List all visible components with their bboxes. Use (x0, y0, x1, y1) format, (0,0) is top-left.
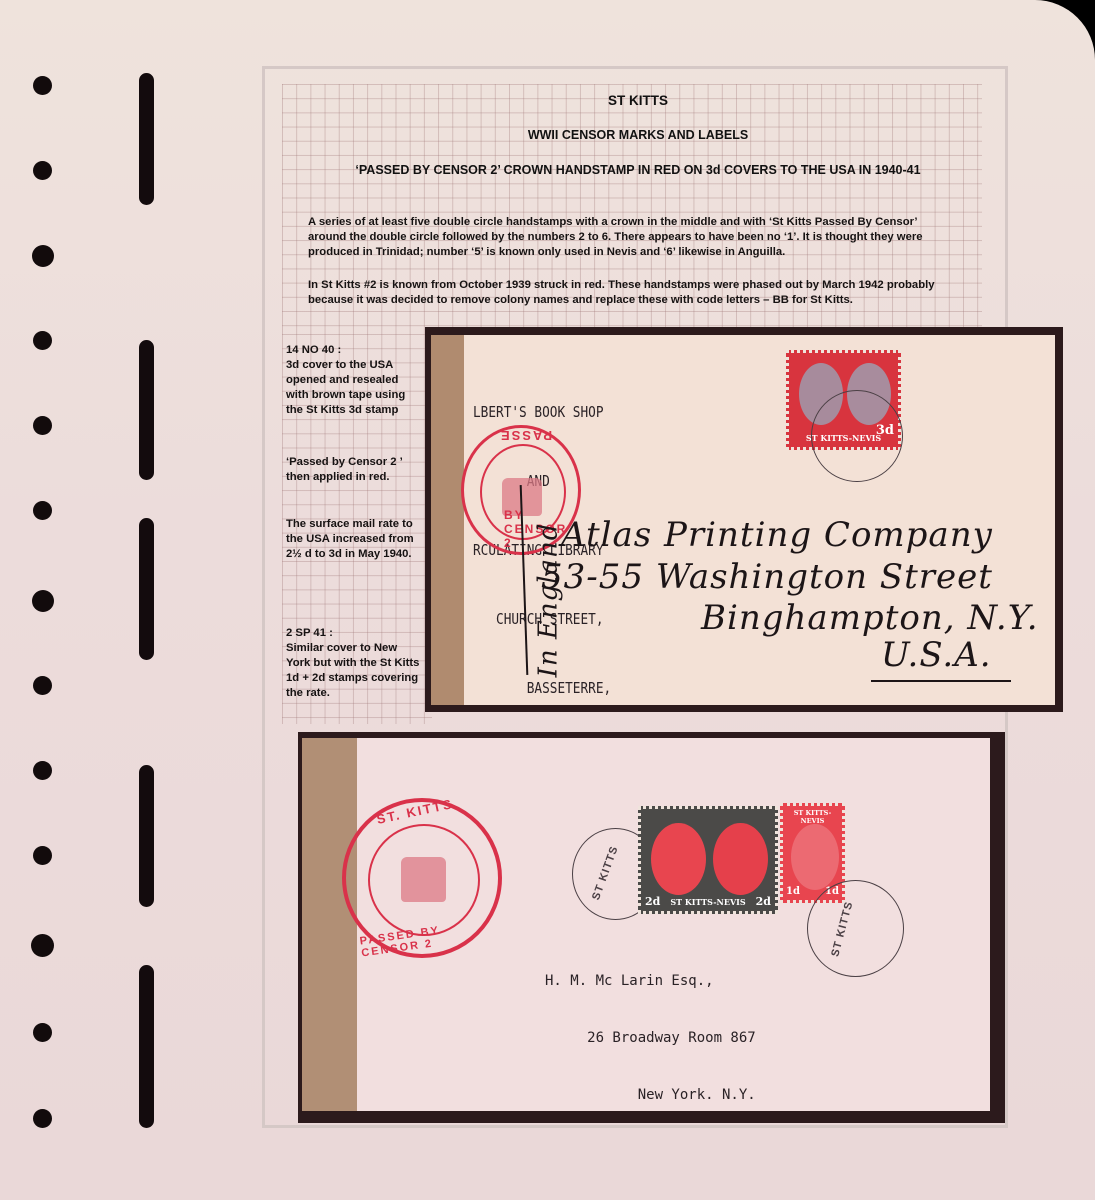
binder-hole (33, 846, 52, 865)
binder-hole (31, 934, 54, 957)
postmark (811, 390, 903, 482)
address-line: U.S.A. (881, 635, 992, 675)
stamp-2d: ST KITTS-NEVIS 2d 2d (638, 806, 778, 914)
note-text: ‘Passed by Censor 2 ’ then applied in re… (286, 455, 421, 485)
binder-slot (139, 73, 154, 205)
censor-tape (431, 335, 464, 705)
binder-slot (139, 340, 154, 480)
binder-hole (33, 501, 52, 520)
page-watermark (108, 515, 132, 735)
side-note-cover1: 14 NO 40 : 3d cover to the USA opened an… (286, 343, 421, 418)
side-note-rate: The surface mail rate to the USA increas… (286, 517, 421, 562)
page-heading: ‘PASSED BY CENSOR 2’ CROWN HANDSTAMP IN … (282, 163, 994, 177)
binder-hole (32, 590, 54, 612)
postmark: ST KITTS (807, 880, 904, 977)
binder-hole (33, 161, 52, 180)
album-page: ST KITTS WWII CENSOR MARKS AND LABELS ‘P… (0, 0, 1095, 1200)
page-subtitle: WWII CENSOR MARKS AND LABELS (282, 128, 994, 142)
cover-2: ST. KITTS PASSED BY CENSOR 2 ST KITTS ST… (302, 738, 990, 1111)
note-text: 3d cover to the USA opened and resealed … (286, 358, 421, 418)
binder-hole (33, 676, 52, 695)
binder-hole (33, 76, 52, 95)
side-note-censor: ‘Passed by Censor 2 ’ then applied in re… (286, 455, 421, 485)
recipient-address: H. M. Mc Larin Esq., 26 Broadway Room 86… (545, 934, 756, 1111)
binder-slot (139, 965, 154, 1128)
side-note-cover2: 2 SP 41 : Similar cover to New York but … (286, 626, 421, 701)
censor-tape (302, 738, 357, 1111)
binder-slot (139, 765, 154, 907)
note-text: Similar cover to New York but with the S… (286, 641, 421, 701)
binder-hole (32, 245, 54, 267)
binder-slot (139, 518, 154, 660)
address-line: Atlas Printing Company (561, 515, 993, 555)
note-date: 14 NO 40 : (286, 343, 421, 358)
binder-hole (33, 416, 52, 435)
binder-hole (33, 761, 52, 780)
crown-icon (401, 857, 446, 902)
handwritten-note: In England (533, 523, 563, 678)
note-text: The surface mail rate to the USA increas… (286, 517, 421, 562)
address-line: 53-55 Washington Street (541, 557, 993, 597)
censor-handstamp: ST. KITTS PASSED BY CENSOR 2 (342, 798, 502, 958)
page-title: ST KITTS (282, 93, 994, 108)
address-line: Binghampton, N.Y. (701, 598, 1039, 638)
intro-paragraph: A series of at least five double circle … (308, 215, 948, 260)
binder-hole (33, 331, 52, 350)
history-paragraph: In St Kitts #2 is known from October 193… (308, 278, 948, 308)
binder-hole (33, 1109, 52, 1128)
note-date: 2 SP 41 : (286, 626, 421, 641)
cover-1: LBERT'S BOOK SHOP AND RCULATING LIBRARY … (431, 335, 1055, 705)
binder-hole (33, 1023, 52, 1042)
